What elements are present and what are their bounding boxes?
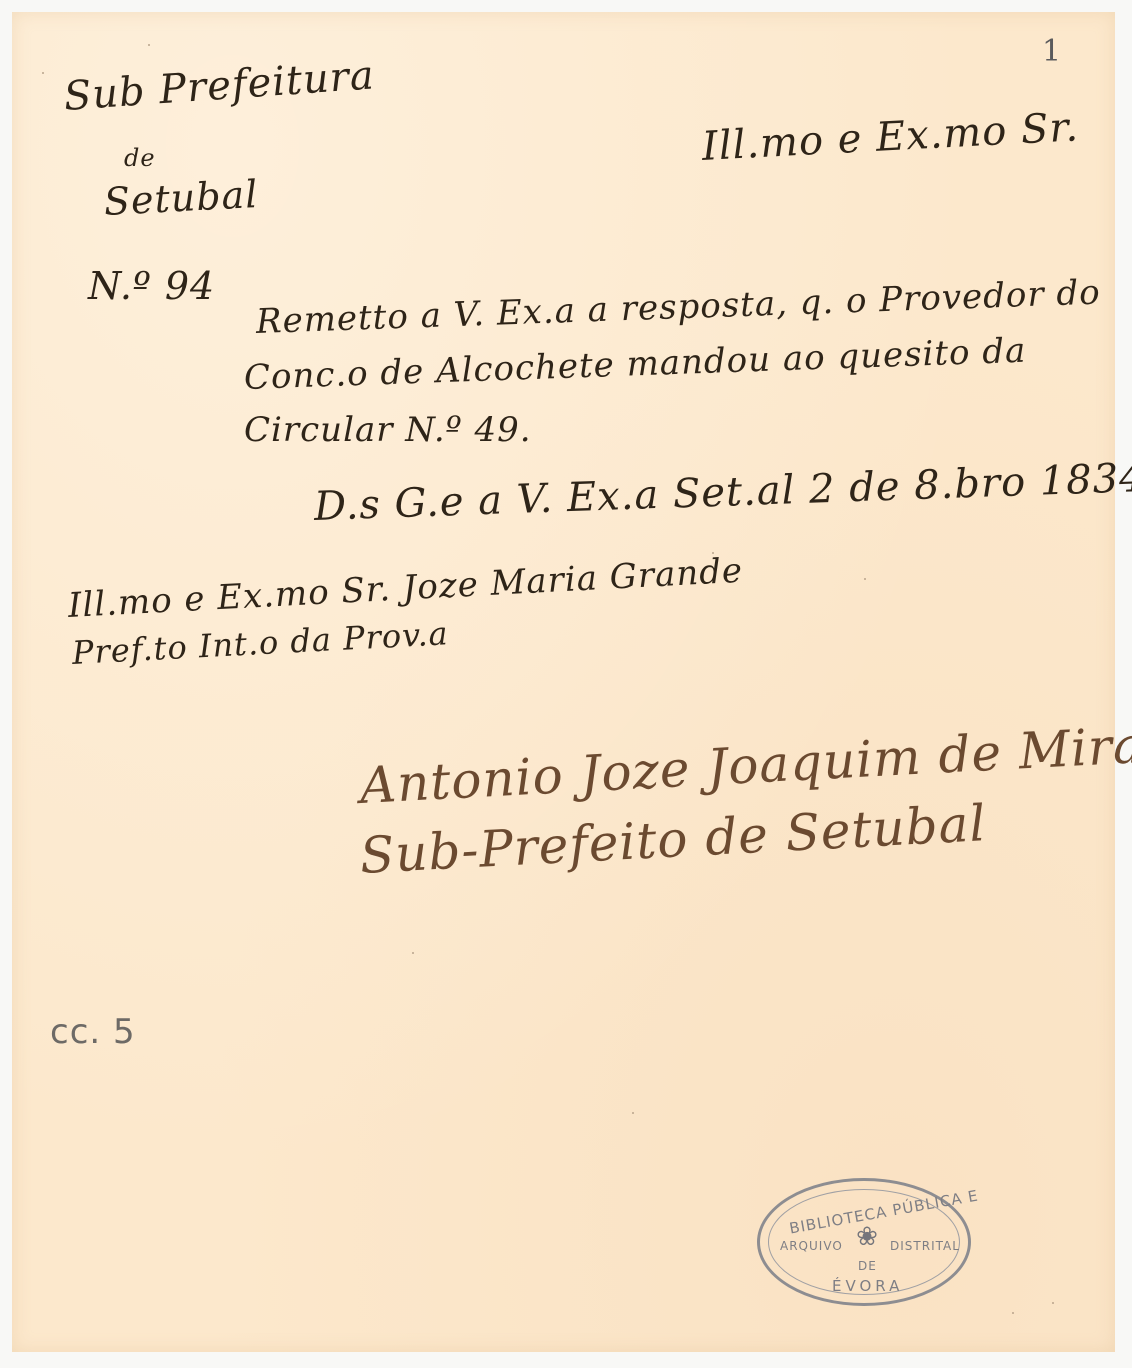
paper-speck (42, 72, 44, 74)
library-stamp: BIBLIOTECA PÚBLICA E ARQUIVO ❀ DISTRITAL… (757, 1178, 971, 1306)
stamp-right-text: DISTRITAL (890, 1239, 960, 1253)
archive-mark: cc. 5 (50, 1012, 136, 1052)
stamp-bottom-text: ÉVORA (832, 1277, 903, 1295)
signature-name: Antonio Joze Joaquim de Miranda (358, 711, 1132, 815)
salutation: Ill.mo e Ex.mo Sr. (701, 104, 1080, 170)
page-number: 1 (1042, 34, 1062, 69)
coat-of-arms-icon: ❀ (852, 1221, 882, 1253)
header-city: Setubal (103, 172, 259, 224)
addressee-line-1: Ill.mo e Ex.mo Sr. Joze Maria Grande (67, 551, 744, 626)
manuscript-page: 1 Sub Prefeitura de Setubal N.º 94 Ill.m… (12, 12, 1115, 1352)
paper-speck (1052, 1302, 1054, 1304)
paper-speck (864, 578, 866, 580)
paper-speck (412, 952, 414, 954)
paper-speck (632, 1112, 634, 1114)
stamp-middle-text: DE (858, 1259, 877, 1273)
paper-speck (712, 552, 714, 554)
closing-date: D.s G.e a V. Ex.a Set.al 2 de 8.bro 1834 (313, 455, 1132, 530)
document-number: N.º 94 (88, 264, 215, 308)
header-de: de (124, 144, 156, 172)
header-office: Sub Prefeitura (62, 52, 376, 120)
addressee-line-2: Pref.to Int.o da Prov.a (71, 614, 449, 672)
body-line-3: Circular N.º 49. (244, 410, 532, 450)
stamp-left-text: ARQUIVO (780, 1239, 843, 1253)
body-line-2: Conc.o de Alcochete mandou ao quesito da (243, 331, 1027, 398)
paper-speck (148, 44, 150, 46)
paper-speck (1012, 1312, 1014, 1314)
